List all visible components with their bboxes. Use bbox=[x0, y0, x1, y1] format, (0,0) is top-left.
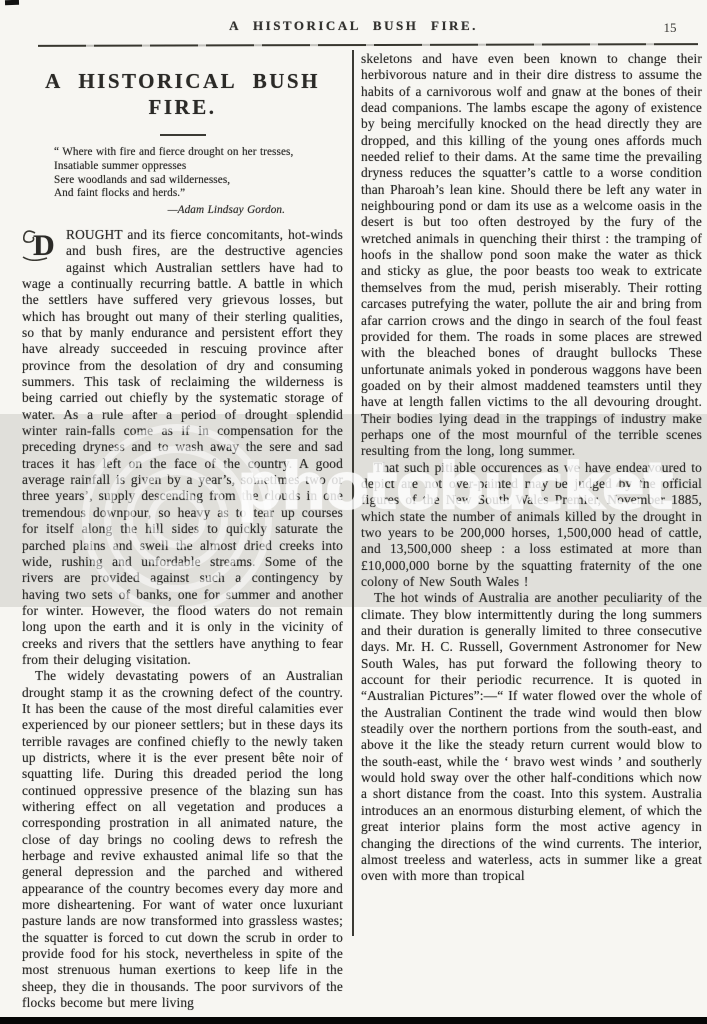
page-number: 15 bbox=[655, 20, 685, 36]
paragraph: skeletons and have even been known to ch… bbox=[361, 51, 702, 460]
dropcap-letter: D bbox=[33, 229, 55, 261]
paragraph: The widely devastating powers of an Aust… bbox=[22, 668, 343, 1011]
epigraph-line: Sere woodlands and sad wildernesses, bbox=[54, 174, 343, 188]
paragraph: D ROUGHT and its fierce concomitants, ho… bbox=[22, 227, 343, 668]
right-column: skeletons and have even been known to ch… bbox=[361, 51, 702, 885]
title-rule bbox=[160, 134, 206, 136]
running-head: A HISTORICAL BUSH FIRE. bbox=[0, 18, 707, 34]
epigraph-line: “ Where with fire and fierce drought on … bbox=[54, 146, 343, 160]
left-column: A HISTORICAL BUSH FIRE. “ Where with fir… bbox=[22, 58, 343, 1011]
epigraph: “ Where with fire and fierce drought on … bbox=[54, 146, 343, 218]
paragraph: The hot winds of Australia are another p… bbox=[361, 590, 702, 884]
column-divider bbox=[352, 50, 354, 936]
header-rule bbox=[38, 43, 698, 47]
scan-edge-artifact bbox=[5, 0, 19, 5]
ornamental-dropcap: D bbox=[22, 228, 63, 261]
scan-edge-artifact bbox=[0, 1017, 707, 1024]
paragraph: That such pitiable occurences as we have… bbox=[361, 460, 702, 591]
epigraph-line: Insatiable summer oppresses bbox=[54, 160, 343, 174]
paragraph-text: ROUGHT and its fierce concomitants, hot-… bbox=[22, 227, 343, 667]
epigraph-attribution: —Adam Lindsay Gordon. bbox=[54, 204, 285, 218]
article-title: A HISTORICAL BUSH FIRE. bbox=[22, 68, 343, 120]
epigraph-line: And faint flocks and herds.” bbox=[54, 187, 343, 201]
